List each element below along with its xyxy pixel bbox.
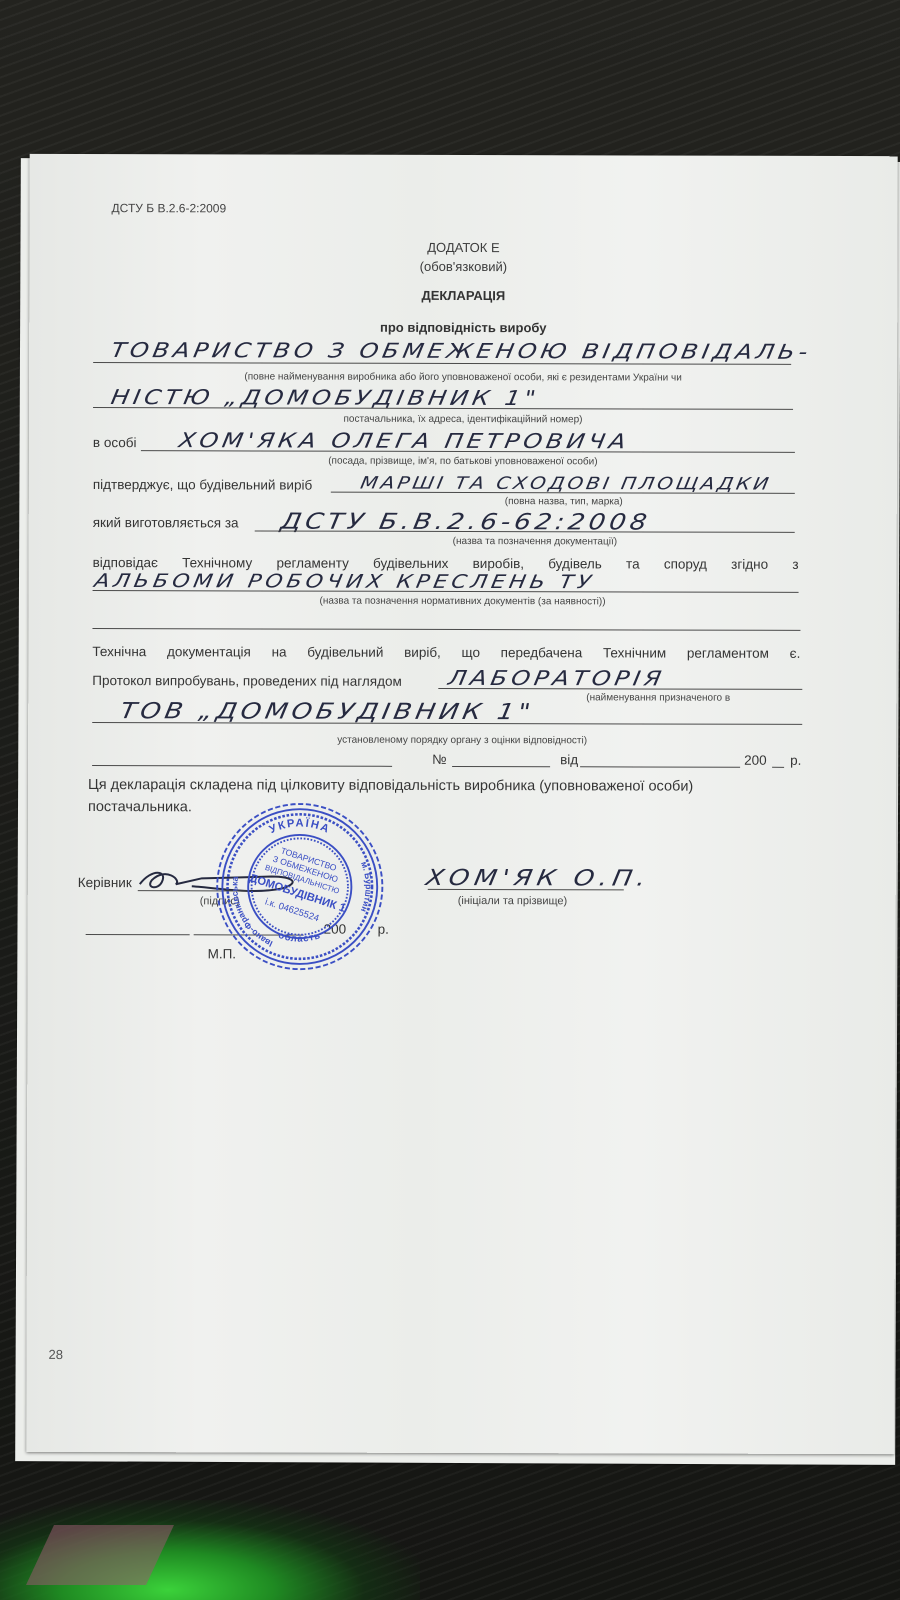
protocol-value-2: ТОВ „ДОМОБУДІВНИК 1" — [118, 699, 536, 726]
year-blank — [772, 767, 784, 768]
tech-doc-word: передбачена — [501, 645, 583, 660]
product-caption: (повна назва, тип, марка) — [505, 496, 623, 507]
responsibility-text-2: постачальника. — [88, 799, 192, 815]
regulation-word: згідно — [731, 557, 768, 572]
tech-doc-word: Технічна — [92, 644, 146, 659]
regulation-word: регламенту — [276, 556, 348, 571]
regulation-word: споруд — [664, 557, 707, 572]
svg-text:м. Бурштин: м. Бурштин — [359, 860, 374, 914]
page-subtitle: про відповідність виробу — [29, 319, 897, 336]
manufacturer-caption-2: постачальника, їх адреса, ідентифікаційн… — [29, 413, 897, 426]
tech-doc-word: документація — [167, 644, 251, 659]
svg-text:область: область — [277, 930, 322, 945]
stamp-city: м. Бурштин — [359, 860, 374, 914]
manufacturer-caption-1: (повне найменування виробника або його у… — [29, 371, 897, 384]
svg-text:УКРАЇНА: УКРАЇНА — [268, 816, 333, 836]
tech-doc-word: що — [462, 645, 481, 660]
stamp-region-word: область — [277, 930, 322, 945]
regulation-word: з — [792, 557, 798, 572]
appendix-title: ДОДАТОК Е — [29, 239, 897, 256]
tech-doc-word: регламентом — [687, 646, 769, 661]
declaration-page: ДСТУ Б В.2.6-2:2009 ДОДАТОК Е (обов'язко… — [26, 154, 897, 1454]
doc-caption: (назва та позначення документації) — [453, 536, 617, 547]
standard-code: ДСТУ Б В.2.6-2:2009 — [112, 201, 227, 215]
number-blank — [452, 766, 550, 767]
tech-doc-word: є. — [790, 646, 801, 661]
normative-caption: (назва та позначення нормативних докумен… — [29, 595, 897, 608]
company-stamp: УКРАЇНА Івано-Франківська область м. Бур… — [214, 800, 386, 972]
page-number: 28 — [49, 1347, 64, 1362]
number-label: № — [432, 752, 447, 767]
tech-doc-word: будівельний — [307, 645, 383, 660]
responsibility-text: Ця декларація складена під цілковиту від… — [88, 777, 693, 795]
regulation-word: та — [626, 556, 640, 571]
head-label: Керівник — [78, 875, 132, 890]
date-label: від — [560, 752, 578, 767]
product-label: підтверджує, що будівельний виріб — [93, 477, 312, 493]
year-prefix: 200 — [744, 753, 767, 768]
person-caption: (посада, прізвище, ім'я, по батькові упо… — [29, 455, 897, 468]
regulation-word: виробів, — [473, 556, 524, 571]
name-value: ХОМ'ЯК О.П. — [424, 865, 653, 891]
protocol-value-1: ЛАБОРАТОРІЯ — [446, 666, 667, 690]
tech-doc-word: на — [272, 645, 287, 660]
protocol-caption-1: (найменування призначеного в — [586, 692, 730, 703]
date-blank — [86, 934, 190, 935]
person-label: в особі — [93, 435, 137, 450]
tech-doc-word: Технічним — [603, 645, 666, 660]
regulation-word: будівельних — [373, 556, 448, 571]
regulation-text: відповідаєТехнічномурегламентубудівельни… — [93, 555, 799, 572]
regulation-word: відповідає — [93, 555, 158, 570]
page-title: ДЕКЛАРАЦІЯ — [29, 287, 897, 304]
protocol-label: Протокол випробувань, проведених під наг… — [92, 673, 401, 689]
doc-label: який виготовляється за — [93, 515, 239, 530]
tech-doc-text: Технічнадокументаціянабудівельнийвиріб,щ… — [92, 644, 800, 661]
regulation-word: будівель — [548, 556, 602, 571]
regulation-word: Технічному — [182, 555, 252, 570]
name-caption: (ініціали та прізвище) — [458, 895, 567, 907]
appendix-note: (обов'язковий) — [29, 258, 897, 275]
product-value: МАРШІ ТА СХОДОВІ ПЛОЩАДКИ — [359, 472, 773, 493]
protocol-blank — [92, 765, 392, 767]
date-blank — [580, 766, 740, 767]
field-underline — [92, 628, 800, 631]
stamp-country: УКРАЇНА — [268, 816, 333, 836]
year-suffix: р. — [790, 753, 801, 768]
field-underline — [331, 492, 795, 494]
manufacturer-value-1: ТОВАРИСТВО З ОБМЕЖЕНОЮ ВІДПОВІДАЛЬ- — [109, 338, 813, 364]
protocol-caption-2: установленому порядку органу з оцінки ві… — [28, 734, 896, 747]
tech-doc-word: виріб, — [404, 645, 441, 660]
